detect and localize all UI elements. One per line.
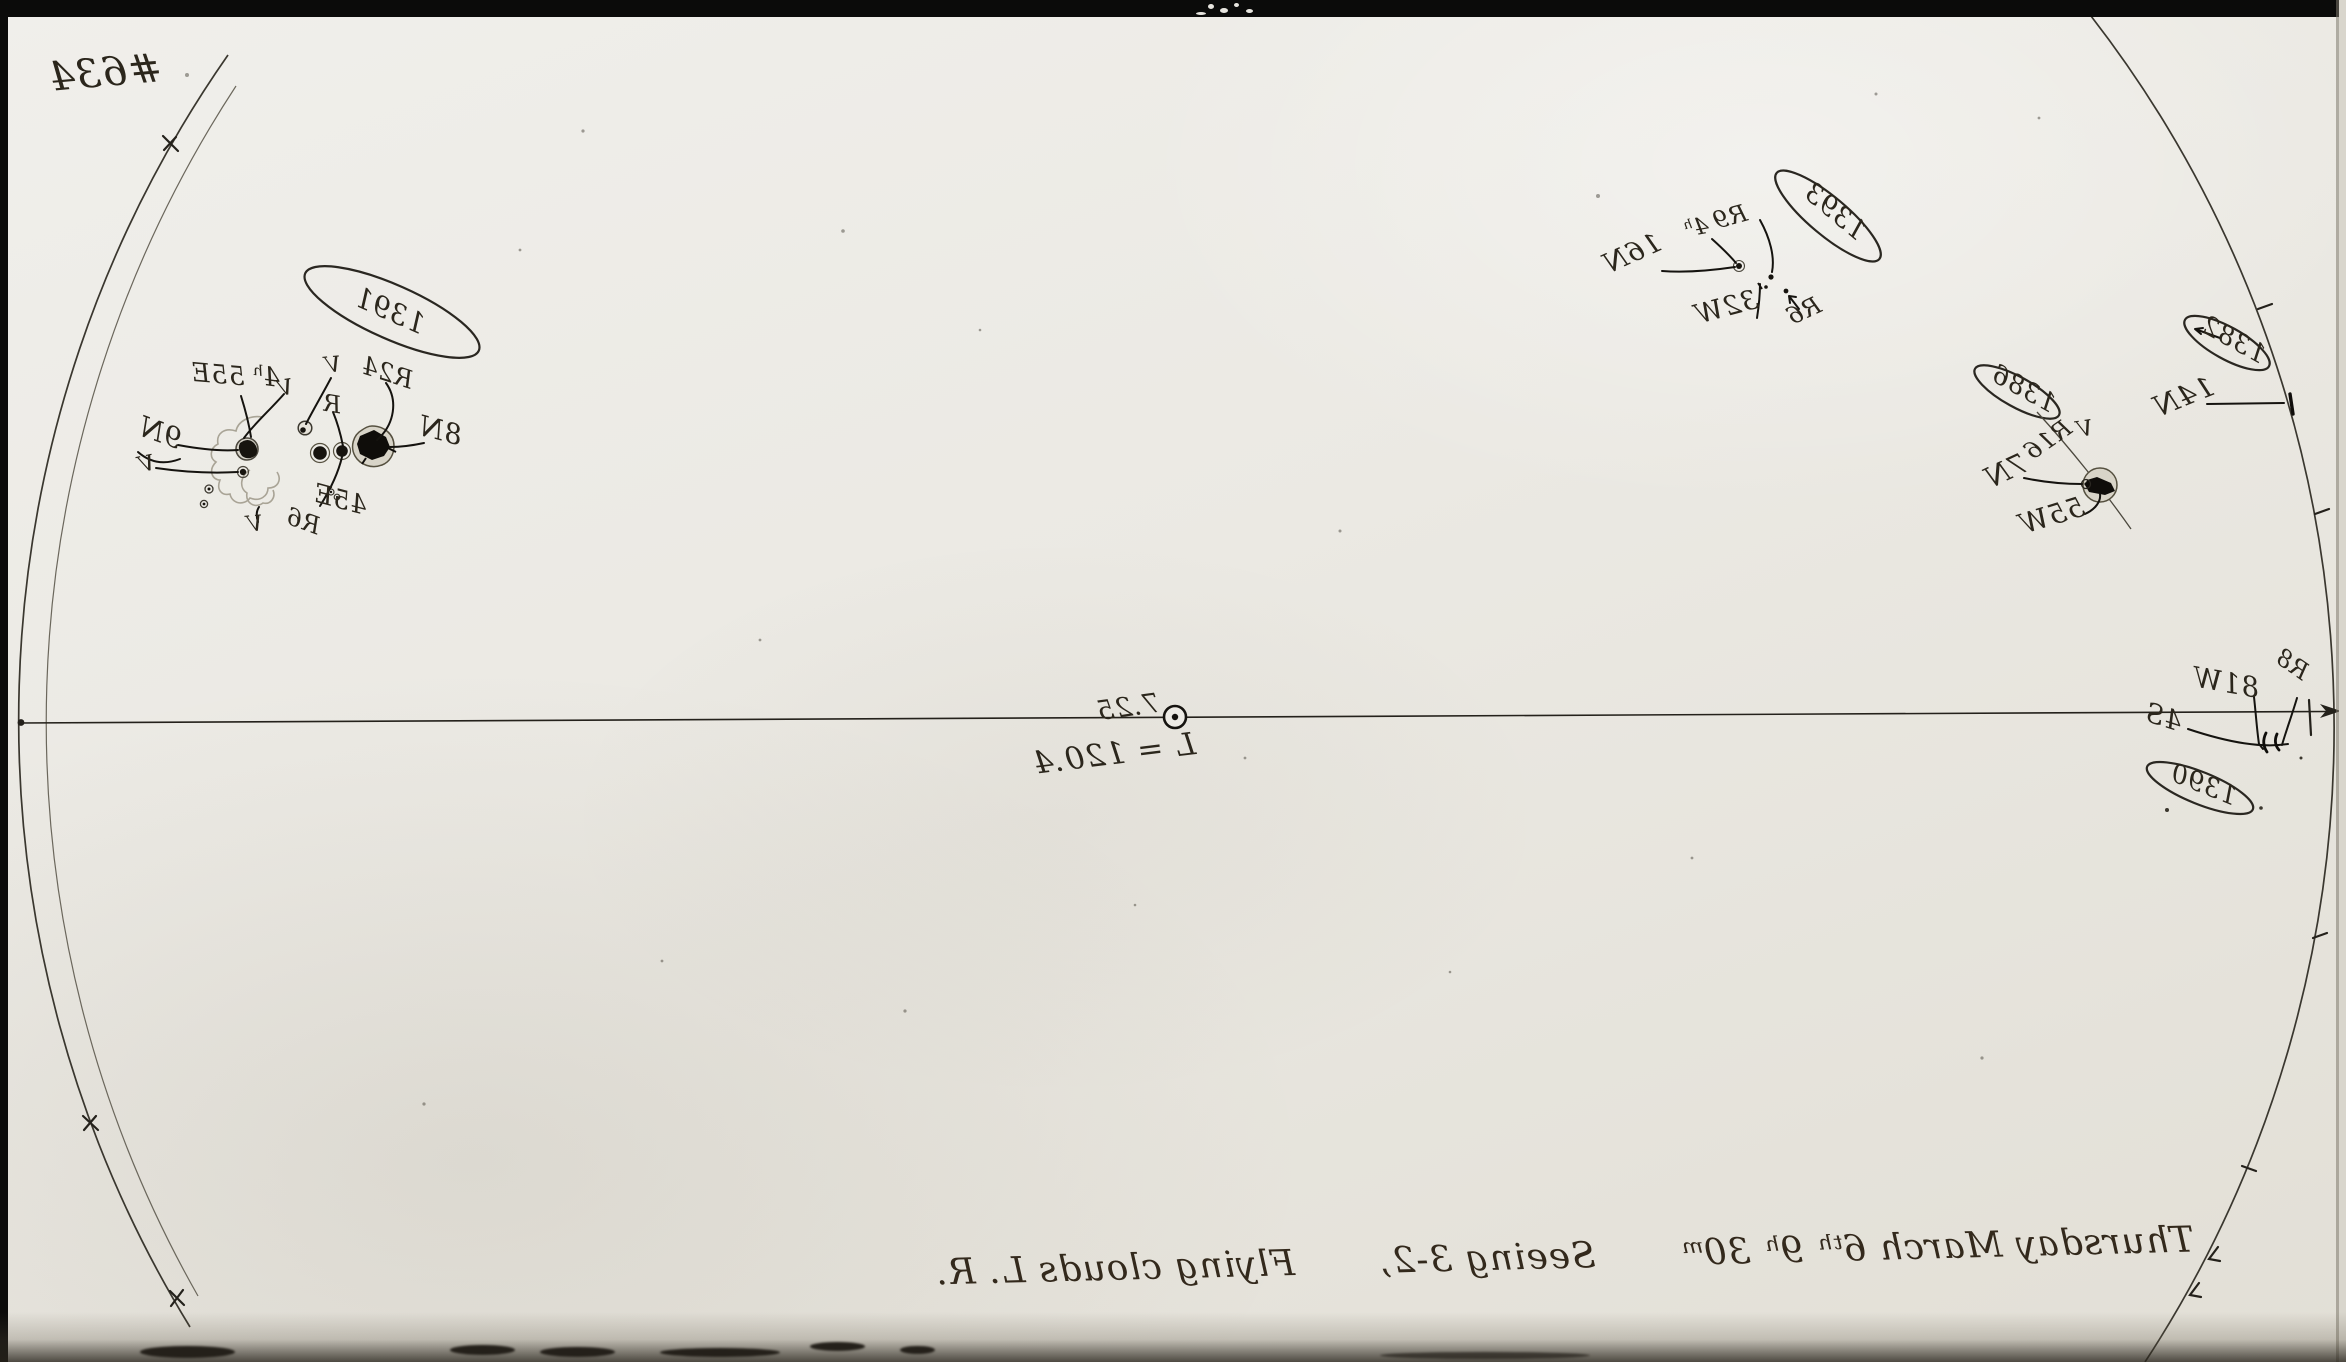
- solar-observation-plate: #634 1391 55E 4ʰ V V R24 R 9N 8N V 45E R…: [0, 0, 2346, 1362]
- v-mark: V: [2074, 417, 2094, 442]
- scan-edge-right: [2336, 0, 2339, 1362]
- leader-lines-1390: [2188, 697, 2297, 749]
- scan-edge-top: [0, 0, 2346, 17]
- scan-shadow-blob: [810, 1342, 865, 1351]
- scan-shadow-blob: [540, 1347, 615, 1357]
- solar-limb: [19, 16, 2334, 1362]
- scan-shadow-blob: [900, 1346, 935, 1354]
- dust-specks: [185, 73, 2040, 1106]
- caption-seeing: Seeing 3-2,: [1378, 1235, 1596, 1282]
- v-mark: V: [245, 512, 264, 536]
- solar-disk-drawing: [0, 0, 2346, 1362]
- scan-edge-left: [0, 0, 8, 1362]
- scan-edge-right-paper: [2339, 0, 2346, 1362]
- sun-center-mark: [1164, 706, 1186, 728]
- v-mark: V: [274, 376, 294, 401]
- limb-spots-1390: [2264, 733, 2279, 752]
- scan-shadow-blob: [660, 1348, 780, 1357]
- longitude-label-55e: 55E: [189, 360, 246, 392]
- plate-number: #634: [46, 47, 163, 99]
- hour-label-4h: 4ʰ: [1680, 214, 1710, 242]
- limb-arc-left: [19, 55, 228, 1327]
- scan-edge-bottom: [0, 1312, 2346, 1362]
- v-mark: V: [323, 353, 342, 377]
- scan-shadow-blob: [1380, 1352, 1590, 1359]
- scan-shadow-blob: [140, 1346, 235, 1358]
- limb-arc-left-inner: [46, 86, 236, 1296]
- scan-shadow-blob: [450, 1345, 515, 1355]
